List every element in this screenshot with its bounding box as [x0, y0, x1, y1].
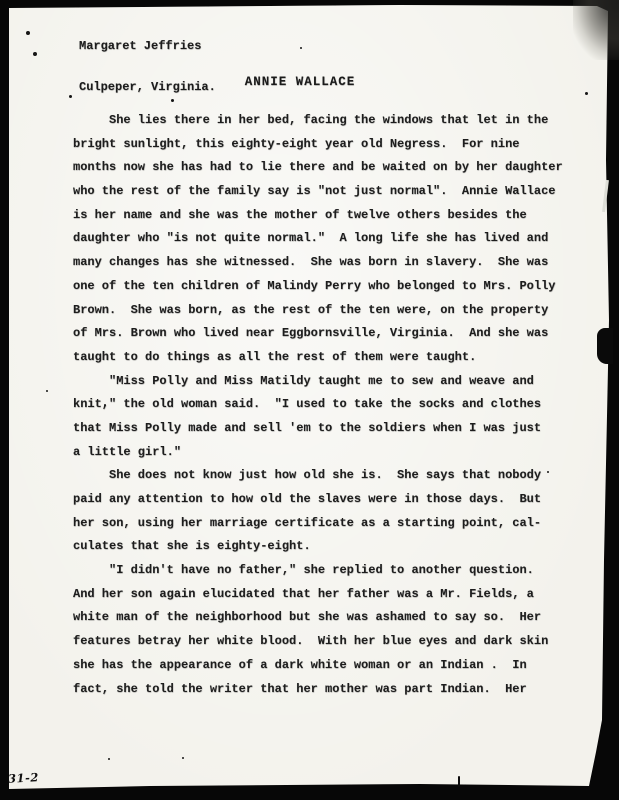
ink-speck: [171, 99, 174, 102]
text-line: culates that she is eighty-eight.: [73, 535, 563, 559]
page-title: ANNIE WALLACE: [0, 75, 600, 89]
ink-speck: [108, 758, 110, 760]
text-line: And her son again elucidated that her fa…: [73, 583, 563, 607]
ink-speck: [547, 471, 549, 473]
text-line: who the rest of the family say is "not j…: [73, 180, 563, 204]
text-line: that Miss Polly made and sell 'em to the…: [73, 417, 563, 441]
text-line: she has the appearance of a dark white w…: [73, 654, 563, 678]
ink-speck: [26, 31, 30, 35]
text-line: taught to do things as all the rest of t…: [73, 346, 563, 370]
text-line: of Mrs. Brown who lived near Eggbornsvil…: [73, 322, 563, 346]
text-line: knit," the old woman said. "I used to ta…: [73, 393, 563, 417]
text-line: a little girl.": [73, 441, 563, 465]
author-name: Margaret Jeffries: [79, 40, 216, 54]
text-line: months now she has had to lie there and …: [73, 156, 563, 180]
ink-speck: [300, 47, 302, 49]
text-line: bright sunlight, this eighty-eight year …: [73, 133, 563, 157]
typewritten-body: She lies there in her bed, facing the wi…: [73, 109, 563, 701]
text-line: Brown. She was born, as the rest of the …: [73, 299, 563, 323]
ink-speck: [46, 390, 48, 392]
text-line: She lies there in her bed, facing the wi…: [73, 109, 563, 133]
text-line: many changes has she witnessed. She was …: [73, 251, 563, 275]
text-line: "I didn't have no father," she replied t…: [73, 559, 563, 583]
text-line: paid any attention to how old the slaves…: [73, 488, 563, 512]
text-line: one of the ten children of Malindy Perry…: [73, 275, 563, 299]
text-line: She does not know just how old she is. S…: [73, 464, 563, 488]
ink-speck: [104, 404, 106, 406]
text-line: fact, she told the writer that her mothe…: [73, 678, 563, 702]
text-line: white man of the neighborhood but she wa…: [73, 606, 563, 630]
ink-speck: [69, 95, 72, 98]
scanned-document-page: Margaret Jeffries Culpeper, Virginia. AN…: [0, 0, 619, 800]
text-line: features betray her white blood. With he…: [73, 630, 563, 654]
text-line: her son, using her marriage certificate …: [73, 512, 563, 536]
ink-speck: [585, 92, 588, 95]
page-number-annotation: 31-2: [8, 770, 39, 786]
ink-speck: [182, 757, 184, 759]
scan-corner-smudge: [573, 0, 619, 60]
text-line: is her name and she was the mother of tw…: [73, 204, 563, 228]
ink-speck: [33, 52, 37, 56]
byline-block: Margaret Jeffries Culpeper, Virginia.: [79, 13, 216, 121]
fold-tick-mark: [458, 776, 460, 787]
text-line: "Miss Polly and Miss Matildy taught me t…: [73, 370, 563, 394]
scan-edge-blob: [597, 328, 613, 364]
text-line: daughter who "is not quite normal." A lo…: [73, 227, 563, 251]
